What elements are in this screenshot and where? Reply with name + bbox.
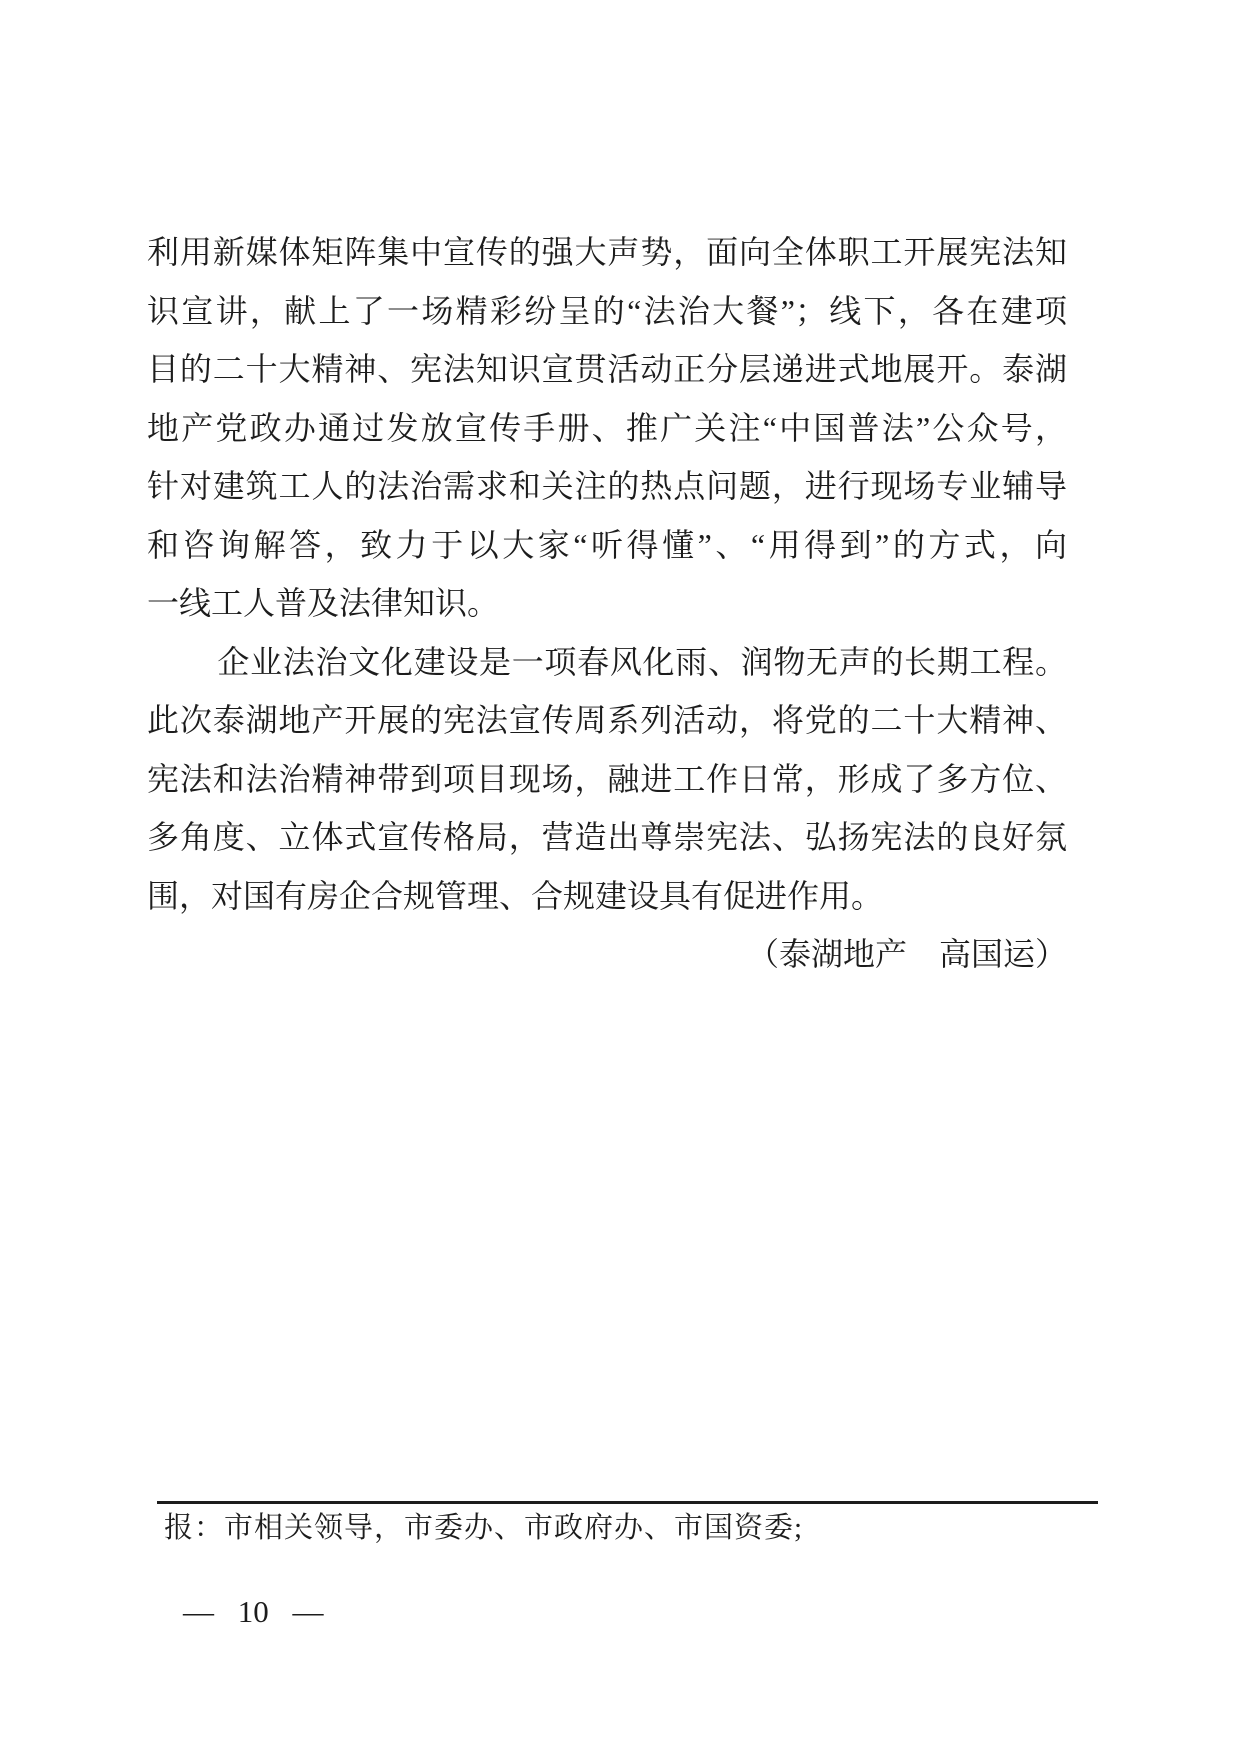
- body-line: 多角度、立体式宣传格局，营造出尊崇宪法、弘扬宪法的良好氛: [147, 808, 1067, 867]
- body-line: 一线工人普及法律知识。: [147, 574, 1067, 633]
- footer-divider: [157, 1501, 1098, 1504]
- body-line: 和咨询解答，致力于以大家“听得懂”、“用得到”的方式，向: [147, 516, 1067, 575]
- body-line: 围，对国有房企合规管理、合规建设具有促进作用。: [147, 867, 1067, 926]
- body-line: 宪法和法治精神带到项目现场，融进工作日常，形成了多方位、: [147, 750, 1067, 809]
- page-number: — 10 —: [183, 1594, 324, 1630]
- body-line: 企业法治文化建设是一项春风化雨、润物无声的长期工程。: [147, 633, 1067, 692]
- body-line: 地产党政办通过发放宣传手册、推广关注“中国普法”公众号，: [147, 399, 1067, 458]
- body-line: 目的二十大精神、宪法知识宣贯活动正分层递进式地展开。泰湖: [147, 340, 1067, 399]
- document-page: 利用新媒体矩阵集中宣传的强大声势，面向全体职工开展宪法知识宣讲，献上了一场精彩纷…: [0, 0, 1241, 1755]
- body-line: 利用新媒体矩阵集中宣传的强大声势，面向全体职工开展宪法知: [147, 223, 1067, 282]
- body-line: 识宣讲，献上了一场精彩纷呈的“法治大餐”；线下，各在建项: [147, 282, 1067, 341]
- body-line: 针对建筑工人的法治需求和关注的热点问题，进行现场专业辅导: [147, 457, 1067, 516]
- body-line: 此次泰湖地产开展的宪法宣传周系列活动，将党的二十大精神、: [147, 691, 1067, 750]
- body-line: （泰湖地产 高国运）: [147, 925, 1067, 984]
- distribution-note: 报：市相关领导，市委办、市政府办、市国资委;: [164, 1509, 803, 1547]
- body-text: 利用新媒体矩阵集中宣传的强大声势，面向全体职工开展宪法知识宣讲，献上了一场精彩纷…: [147, 223, 1067, 984]
